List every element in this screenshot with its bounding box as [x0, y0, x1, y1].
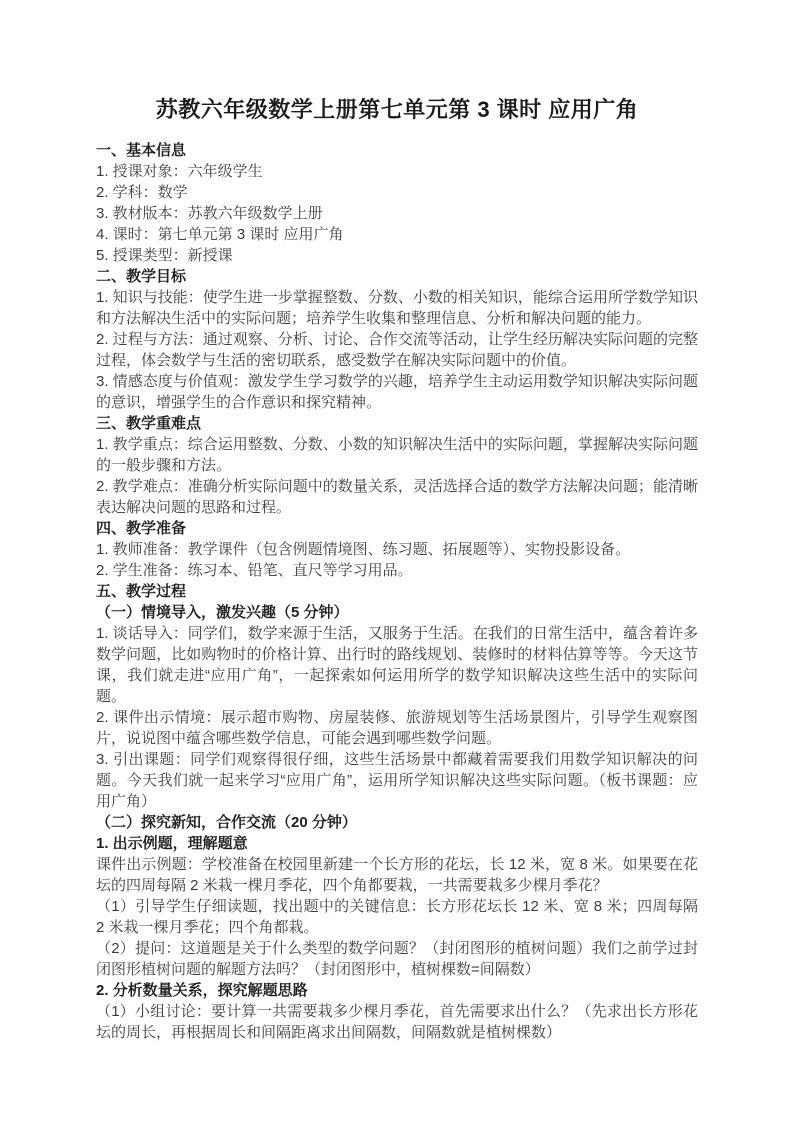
- intro-step: 3. 引出课题：同学们观察得很仔细，这些生活场景中都藏着需要我们用数学知识解决的…: [96, 749, 698, 812]
- example-paragraph: 课件出示例题：学校准备在校园里新建一个长方形的花坛，长 12 米，宽 8 米。如…: [96, 854, 698, 896]
- page-title: 苏教六年级数学上册第七单元第 3 课时 应用广角: [96, 97, 698, 123]
- basic-info-item: 1. 授课对象：六年级学生: [96, 161, 698, 182]
- basic-info-item: 4. 课时：第七单元第 3 课时 应用广角: [96, 224, 698, 245]
- teaching-goal-item: 2. 过程与方法：通过观察、分析、讨论、合作交流等活动，让学生经历解决实际问题的…: [96, 329, 698, 371]
- intro-step: 1. 谈话导入：同学们，数学来源于生活，又服务于生活。在我们的日常生活中，蕴含着…: [96, 623, 698, 707]
- subsection-heading-explore: （二）探究新知，合作交流（20 分钟）: [96, 812, 698, 833]
- preparation-item: 1. 教师准备：教学课件（包含例题情境图、练习题、拓展题等）、实物投影设备。: [96, 539, 698, 560]
- document-page: 苏教六年级数学上册第七单元第 3 课时 应用广角 一、基本信息 1. 授课对象：…: [0, 0, 794, 1123]
- teaching-goal-item: 3. 情感态度与价值观：激发学生学习数学的兴趣，培养学生主动运用数学知识解决实际…: [96, 371, 698, 413]
- basic-info-item: 3. 教材版本：苏教六年级数学上册: [96, 203, 698, 224]
- intro-step: 2. 课件出示情境：展示超市购物、房屋装修、旅游规划等生活场景图片，引导学生观察…: [96, 707, 698, 749]
- document-body: 一、基本信息 1. 授课对象：六年级学生 2. 学科：数学 3. 教材版本：苏教…: [96, 140, 698, 1043]
- step-heading-analyze: 2. 分析数量关系，探究解题思路: [96, 980, 698, 1001]
- example-paragraph: （2）提问：这道题是关于什么类型的数学问题？（封闭图形的植树问题）我们之前学过封…: [96, 938, 698, 980]
- section-heading-preparation: 四、教学准备: [96, 518, 698, 539]
- basic-info-item: 5. 授课类型：新授课: [96, 245, 698, 266]
- key-point-item: 2. 教学难点：准确分析实际问题中的数量关系，灵活选择合适的数学方法解决问题；能…: [96, 476, 698, 518]
- preparation-item: 2. 学生准备：练习本、铅笔、直尺等学习用品。: [96, 560, 698, 581]
- section-heading-teaching-goals: 二、教学目标: [96, 266, 698, 287]
- subsection-heading-intro: （一）情境导入，激发兴趣（5 分钟）: [96, 602, 698, 623]
- teaching-goal-item: 1. 知识与技能：使学生进一步掌握整数、分数、小数的相关知识，能综合运用所学数学…: [96, 287, 698, 329]
- section-heading-key-points: 三、教学重难点: [96, 413, 698, 434]
- analyze-paragraph: （1）小组讨论：要计算一共需要栽多少棵月季花，首先需要求出什么？（先求出长方形花…: [96, 1001, 698, 1043]
- example-paragraph: （1）引导学生仔细读题，找出题中的关键信息：长方形花坛长 12 米、宽 8 米；…: [96, 896, 698, 938]
- section-heading-teaching-process: 五、教学过程: [96, 581, 698, 602]
- step-heading-present-example: 1. 出示例题，理解题意: [96, 833, 698, 854]
- basic-info-item: 2. 学科：数学: [96, 182, 698, 203]
- section-heading-basic-info: 一、基本信息: [96, 140, 698, 161]
- key-point-item: 1. 教学重点：综合运用整数、分数、小数的知识解决生活中的实际问题，掌握解决实际…: [96, 434, 698, 476]
